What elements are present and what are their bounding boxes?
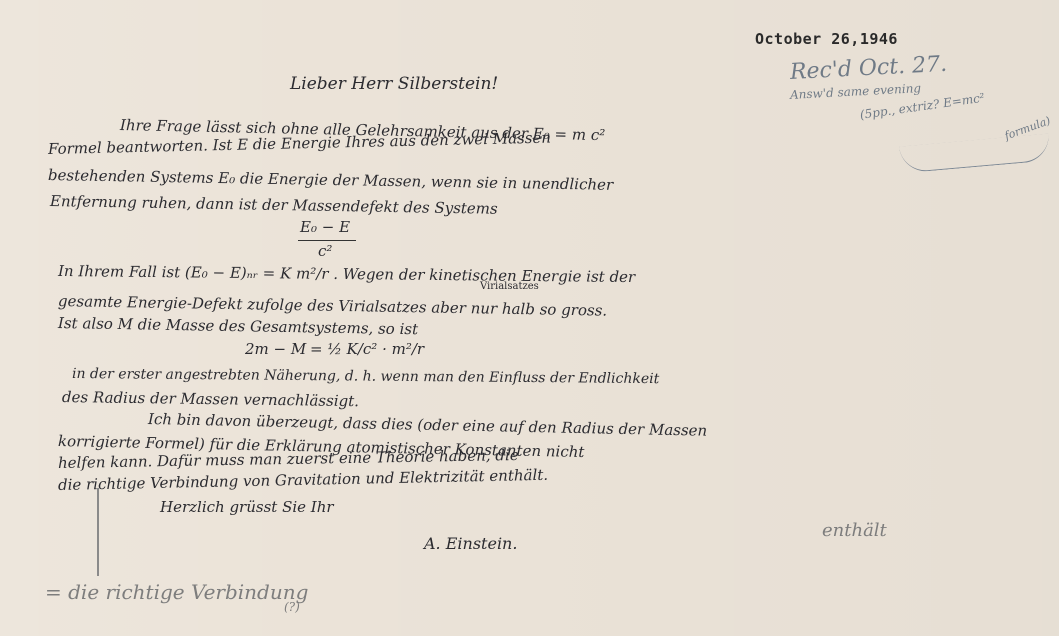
margin-correction: enthält	[822, 520, 887, 541]
body-line-5: In Ihrem Fall ist (E₀ − E)ₙᵣ = K m²/r . …	[58, 262, 635, 286]
mass-defect-denominator: c²	[318, 242, 332, 260]
body-line-3: bestehenden Systems E₀ die Energie der M…	[48, 166, 613, 194]
mass-defect-numerator: E₀ − E	[300, 218, 350, 236]
body-line-4: Entfernung ruhen, dann ist der Massendef…	[50, 192, 498, 218]
closing: Herzlich grüsst Sie Ihr	[160, 498, 334, 516]
final-equation-lhs: 2m − M	[245, 340, 306, 358]
bottom-pencil-note: = die richtige Verbindung	[45, 580, 308, 604]
typed-date: October 26,1946	[755, 30, 898, 48]
annotation-bracket	[899, 134, 1051, 174]
fraction-bar	[298, 240, 356, 241]
body-line-8: in der erster angestrebten Näherung, d. …	[72, 366, 659, 387]
signature: A. Einstein.	[424, 534, 517, 553]
body-line-9: des Radius der Massen vernachlässigt.	[62, 388, 359, 410]
final-equation-rhs: = ½ K/c² · m²/r	[310, 340, 424, 358]
margin-pencil-line	[97, 488, 99, 576]
virialsatz-insert: Virialsatzes	[480, 281, 539, 292]
answered-annotation: Answ'd same evening	[790, 81, 922, 102]
bottom-pencil-query: (?)	[284, 600, 300, 614]
body-line-7: Ist also M die Masse des Gesamtsystems, …	[58, 314, 418, 338]
salutation: Lieber Herr Silberstein!	[290, 74, 498, 94]
received-annotation: Rec'd Oct. 27.	[789, 52, 947, 85]
letter-page: October 26,1946 Rec'd Oct. 27. Answ'd sa…	[0, 0, 1059, 636]
